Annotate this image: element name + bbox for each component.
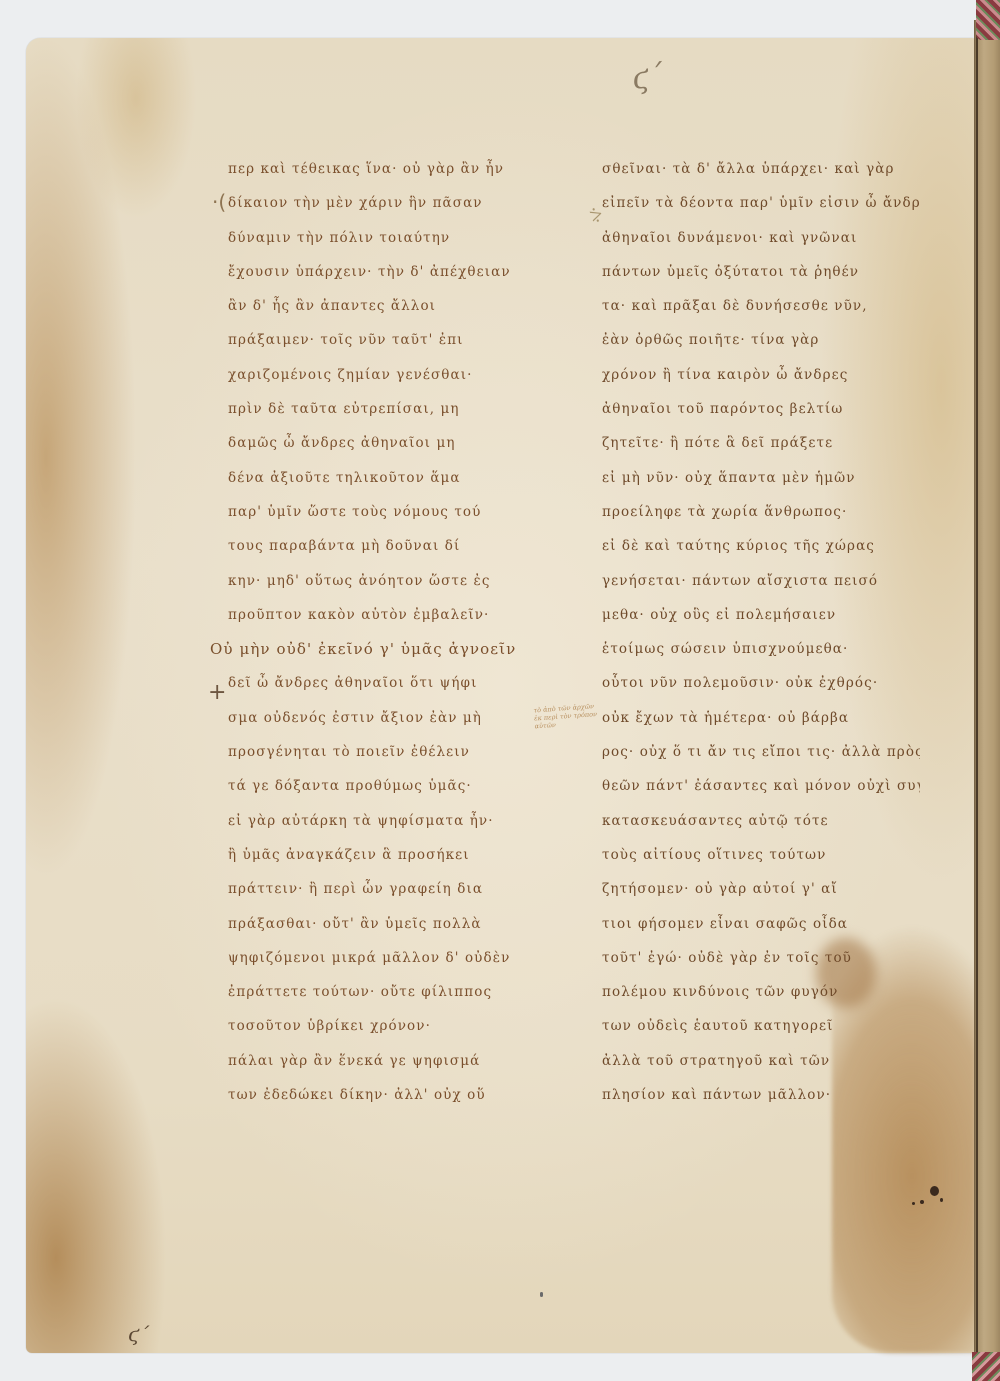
text-line: ἀθηναῖοι δυνάμενοι· καὶ γνῶναι	[602, 221, 920, 255]
ink-speck	[540, 1292, 543, 1297]
ink-blot	[920, 1200, 924, 1204]
text-line: τιοι φήσομεν εἶναι σαφῶς οἶδα	[602, 907, 920, 941]
text-line: ἔχουσιν ὑπάρχειν· τὴν δ' ἀπέχθειαν	[228, 255, 528, 289]
text-line: πράξαιμεν· τοῖς νῦν ταῦτ' ἐπι	[228, 323, 528, 357]
text-line: οὐκ ἔχων τὰ ἡμέτερα· οὐ βάρβα	[602, 701, 920, 735]
text-line: ἂν δ' ἧς ἂν ἀπαντες ἄλλοι	[228, 289, 528, 323]
text-line: τοσοῦτον ὑβρίκει χρόνον·	[228, 1009, 528, 1043]
text-line: ζητεῖτε· ἢ πότε ἃ δεῖ πράξετε	[602, 426, 920, 460]
text-line: δίκαιον τὴν μὲν χάριν ἣν πᾶσαν	[228, 186, 528, 220]
text-line: ἐὰν ὀρθῶς ποιῆτε· τίνα γὰρ	[602, 323, 920, 357]
text-column-right: σθεῖναι· τὰ δ' ἄλλα ὑπάρχει· καὶ γὰρεἰπε…	[602, 152, 920, 1112]
text-line: θεῶν πάντ' ἐάσαντες καὶ μόνον οὐχὶ συγ	[602, 769, 920, 803]
quire-signature: ϛ´	[128, 1322, 149, 1346]
text-line: δύναμιν τὴν πόλιν τοιαύτην	[228, 221, 528, 255]
text-line: δένα ἀξιοῦτε τηλικοῦτον ἅμα	[228, 461, 528, 495]
text-line: κατασκευάσαντες αὐτῷ τότε	[602, 804, 920, 838]
headband-top	[976, 0, 1000, 40]
text-line: ψηφιζόμενοι μικρά μᾶλλον δ' οὐδὲν	[228, 941, 528, 975]
ink-blot	[930, 1186, 939, 1196]
text-line: δεῖ ὦ ἄνδρες ἀθηναῖοι ὅτι ψήφι	[228, 666, 528, 700]
text-line: σθεῖναι· τὰ δ' ἄλλα ὑπάρχει· καὶ γὰρ	[602, 152, 920, 186]
text-line: τοὺς αἰτίους οἵτινες τούτων	[602, 838, 920, 872]
text-line: περ καὶ τέθεικας ἵνα· οὐ γὰρ ἂν ἦν	[228, 152, 528, 186]
text-line: εἰ μὴ νῦν· οὐχ ἅπαντα μὲν ἡμῶν	[602, 461, 920, 495]
text-line: γενήσεται· πάντων αἴσχιστα πεισό	[602, 564, 920, 598]
text-line: πράξασθαι· οὔτ' ἂν ὑμεῖς πολλὰ	[228, 907, 528, 941]
text-line: πάλαι γὰρ ἂν ἕνεκά γε ψηφισμά	[228, 1044, 528, 1078]
text-line: πολέμου κινδύνοις τῶν φυγόν	[602, 975, 920, 1009]
headband-bottom	[972, 1352, 1000, 1381]
text-line: προῦπτον κακὸν αὑτὸν ἐμβαλεῖν·	[228, 598, 528, 632]
text-line: τά γε δόξαντα προθύμως ὑμᾶς·	[228, 769, 528, 803]
text-line: χρόνον ἢ τίνα καιρὸν ὦ ἄνδρες	[602, 358, 920, 392]
text-line: πάντων ὑμεῖς ὀξύτατοι τὰ ῥηθέν	[602, 255, 920, 289]
text-line: τους παραβάντα μὴ δοῦναι δί	[228, 529, 528, 563]
text-line: ἐπράττετε τούτων· οὔτε φίλιππος	[228, 975, 528, 1009]
text-line: προείληφε τὰ χωρία ἅνθρωπος·	[602, 495, 920, 529]
text-line: Οὐ μὴν οὐδ' ἐκεῖνό γ' ὑμᾶς ἀγνοεῖν	[210, 632, 528, 666]
text-line: των ἐδεδώκει δίκην· ἀλλ' οὐχ οὕ	[228, 1078, 528, 1112]
text-line: τα· καὶ πρᾶξαι δὲ δυνήσεσθε νῦν,	[602, 289, 920, 323]
text-line: χαριζομένοις ζημίαν γενέσθαι·	[228, 358, 528, 392]
folio-number: ϛ´	[630, 58, 666, 97]
text-line: πλησίον καὶ πάντων μᾶλλον·	[602, 1078, 920, 1112]
text-line: εἰπεῖν τὰ δέοντα παρ' ὑμῖν εἰσιν ὦ ἄνδρε…	[602, 186, 920, 220]
text-line: σμα οὐδενός ἐστιν ἄξιον ἐὰν μὴ	[228, 701, 528, 735]
margin-mark-left-1: ·(	[212, 190, 226, 214]
text-line: πρὶν δὲ ταῦτα εὐτρεπίσαι, μη	[228, 392, 528, 426]
book-binding-spine	[974, 20, 1000, 1381]
text-line: ἢ ὑμᾶς ἀναγκάζειν ἃ προσήκει	[228, 838, 528, 872]
text-line: προσγένηται τὸ ποιεῖν ἐθέλειν	[228, 735, 528, 769]
marginal-gloss: τὸ ἀπὸ τῶν ἀρχῶν ἐκ περὶ τὸν τρόπον αὐτῶ…	[533, 702, 605, 731]
text-line: τοῦτ' ἐγώ· οὐδὲ γὰρ ἐν τοῖς τοῦ	[602, 941, 920, 975]
margin-cross-mark: +	[208, 680, 226, 705]
text-line: δαμῶς ὦ ἄνδρες ἀθηναῖοι μη	[228, 426, 528, 460]
text-line: ἀλλὰ τοῦ στρατηγοῦ καὶ τῶν	[602, 1044, 920, 1078]
text-line: των οὐδεὶς ἑαυτοῦ κατηγορεῖ	[602, 1009, 920, 1043]
text-column-left: περ καὶ τέθεικας ἵνα· οὐ γὰρ ἂν ἦνδίκαιο…	[228, 152, 528, 1112]
text-line: εἰ γὰρ αὐτάρκη τὰ ψηφίσματα ἦν·	[228, 804, 528, 838]
ink-blot	[940, 1198, 943, 1202]
text-line: εἰ δὲ καὶ ταύτης κύριος τῆς χώρας	[602, 529, 920, 563]
text-line: ἑτοίμως σώσειν ὑπισχνούμεθα·	[602, 632, 920, 666]
text-line: παρ' ὑμῖν ὥστε τοὺς νόμους τού	[228, 495, 528, 529]
text-line: ρος· οὐχ ὅ τι ἄν τις εἴποι τις· ἀλλὰ πρὸ…	[602, 735, 920, 769]
text-line: πράττειν· ἢ περὶ ὧν γραφείη δια	[228, 872, 528, 906]
text-line: ζητήσομεν· οὐ γὰρ αὐτοί γ' αἴ	[602, 872, 920, 906]
text-line: μεθα· οὐχ οὓς εἰ πολεμήσαιεν	[602, 598, 920, 632]
ink-blot	[912, 1202, 915, 1205]
text-line: ἀθηναῖοι τοῦ παρόντος βελτίω	[602, 392, 920, 426]
text-line: κην· μηδ' οὕτως ἀνόητον ὥστε ἐς	[228, 564, 528, 598]
text-line: οὗτοι νῦν πολεμοῦσιν· οὐκ ἐχθρός·	[602, 666, 920, 700]
